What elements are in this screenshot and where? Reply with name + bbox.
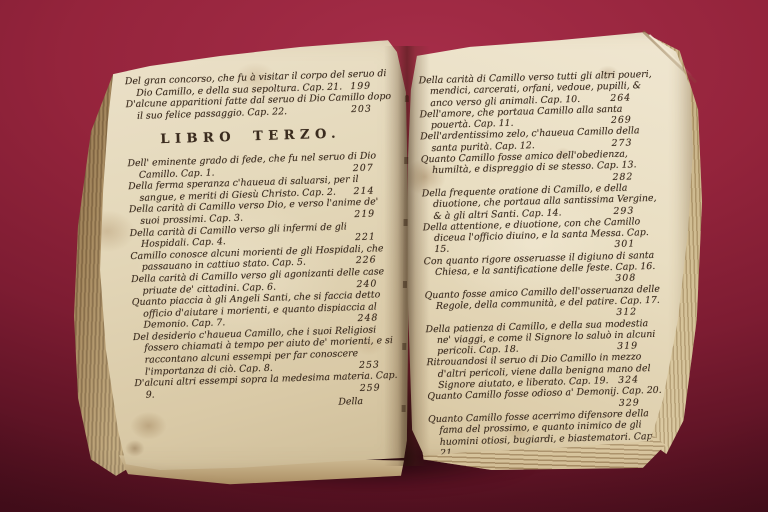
entry-page-number: 219: [354, 208, 375, 220]
toc-entry: Del desiderio c'haueua Camillo, che i su…: [133, 324, 400, 379]
entry-page-number: 269: [611, 115, 632, 127]
entry-page-number: 273: [611, 137, 632, 149]
entry-page-number: 264: [610, 92, 631, 104]
entry-page-number: 301: [614, 239, 635, 251]
entry-page-number: 240: [356, 278, 377, 290]
photo-scene: Del gran concorso, che fu à visitar il c…: [0, 0, 768, 512]
right-page-text: Della carità di Camillo verso tutti gli …: [418, 69, 667, 473]
entry-page-number: 199: [350, 80, 371, 92]
entry-page-number: 324: [618, 374, 639, 386]
left-page: Del gran concorso, che fu à visitar il c…: [66, 28, 410, 480]
entry-page-number: 282: [612, 171, 633, 183]
entry-page-number: 319: [617, 341, 638, 353]
right-page: Della carità di Camillo verso tutti gli …: [398, 20, 698, 468]
entry-text: Ritrouandosi il seruo di Dio Camillo in …: [426, 352, 650, 391]
entry-page-number: 221: [355, 232, 376, 244]
entry-page-number: 293: [613, 205, 634, 217]
entry-page-number: 329: [619, 397, 640, 409]
entry-page-number: 312: [616, 307, 637, 319]
entry-page-number: 203: [351, 103, 372, 115]
entry-page-number: 226: [356, 255, 377, 267]
entry-text: Quanto Camillo fosse amico dell'obedienz…: [421, 149, 637, 177]
entry-page-number: 259: [360, 382, 381, 394]
entry-page-number: 253: [359, 359, 380, 371]
entry-text: Del desiderio c'haueua Camillo, che i su…: [133, 324, 393, 377]
previous-book-entries: Del gran concorso, che fu à visitar il c…: [125, 68, 392, 123]
entry-page-number: 214: [353, 185, 374, 197]
left-page-text: Del gran concorso, che fu à visitar il c…: [125, 68, 402, 415]
entry-page-number: 248: [357, 313, 378, 325]
entry-page-number: 207: [353, 162, 374, 174]
section-heading: LIBRO TERZO.: [127, 128, 375, 147]
entry-page-number: 308: [615, 273, 636, 285]
